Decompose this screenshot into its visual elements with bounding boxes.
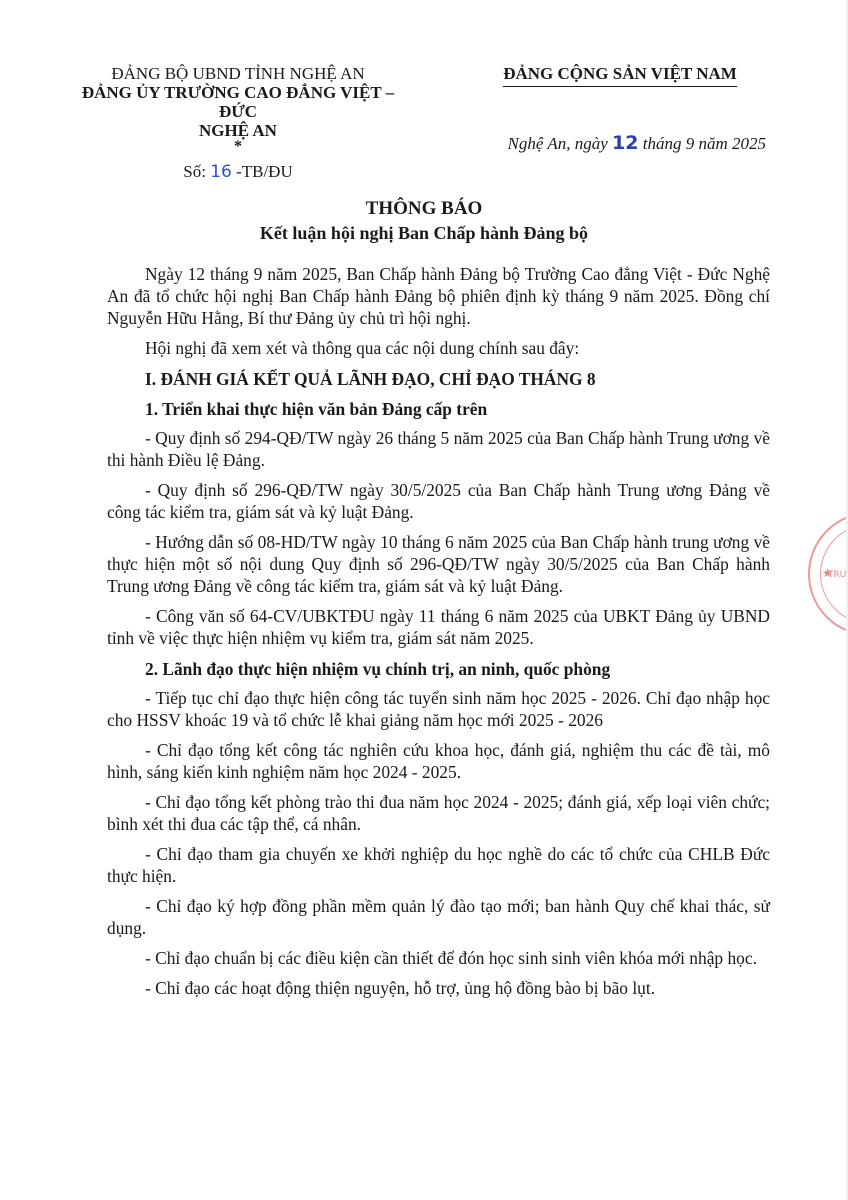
list-item: - Hướng dẫn số 08-HD/TW ngày 10 tháng 6 …: [107, 531, 770, 597]
list-item: - Quy định số 296-QĐ/TW ngày 30/5/2025 c…: [107, 479, 770, 523]
intro-paragraph: Ngày 12 tháng 9 năm 2025, Ban Chấp hành …: [107, 263, 770, 329]
document-title-block: THÔNG BÁO Kết luận hội nghị Ban Chấp hàn…: [68, 197, 780, 245]
seal-text: TRƯ: [828, 570, 847, 580]
subsection-heading: 1. Triển khai thực hiện văn bản Đảng cấp…: [107, 397, 770, 421]
document-page: ĐẢNG BỘ UBND TỈNH NGHỆ AN ĐẢNG ỦY TRƯỜNG…: [0, 0, 848, 1200]
document-body: Ngày 12 tháng 9 năm 2025, Ban Chấp hành …: [107, 263, 770, 1007]
handwritten-document-number: 16: [210, 162, 232, 182]
list-item: - Chỉ đạo các hoạt động thiện nguyện, hỗ…: [107, 977, 770, 999]
list-item: - Tiếp tục chỉ đạo thực hiện công tác tu…: [107, 687, 770, 731]
list-item: - Chỉ đạo tổng kết công tác nghiên cứu k…: [107, 739, 770, 783]
official-seal: ★ TRƯ: [808, 512, 848, 636]
date-prefix: Nghệ An, ngày: [508, 134, 613, 153]
subsection-heading: 2. Lãnh đạo thực hiện nhiệm vụ chính trị…: [107, 657, 770, 681]
issuing-authority-block: ĐẢNG BỘ UBND TỈNH NGHỆ AN ĐẢNG ỦY TRƯỜNG…: [68, 64, 408, 182]
document-number-suffix: -TB/ĐU: [232, 162, 293, 181]
intro-paragraph-2: Hội nghị đã xem xét và thông qua các nội…: [107, 337, 770, 359]
list-item: - Quy định số 294-QĐ/TW ngày 26 tháng 5 …: [107, 427, 770, 471]
party-name: ĐẢNG CỘNG SẢN VIỆT NAM: [503, 64, 737, 87]
national-header-block: ĐẢNG CỘNG SẢN VIỆT NAM Nghệ An, ngày 12 …: [470, 64, 770, 154]
document-number-prefix: Số:: [183, 162, 210, 181]
list-item: - Công văn số 64-CV/UBKTĐU ngày 11 tháng…: [107, 605, 770, 649]
list-item: - Chỉ đạo ký hợp đồng phần mềm quản lý đ…: [107, 895, 770, 939]
list-item: - Chỉ đạo chuẩn bị các điều kiện cần thi…: [107, 947, 770, 969]
document-type: THÔNG BÁO: [68, 197, 780, 221]
list-item: - Chỉ đạo tham gia chuyến xe khởi nghiệp…: [107, 843, 770, 887]
document-number: Số: 16 -TB/ĐU: [68, 162, 408, 182]
issue-date: Nghệ An, ngày 12 tháng 9 năm 2025: [470, 132, 770, 154]
date-suffix: tháng 9 năm 2025: [639, 134, 767, 153]
list-item: - Chỉ đạo tổng kết phòng trào thi đua nă…: [107, 791, 770, 835]
parent-party-committee: ĐẢNG BỘ UBND TỈNH NGHỆ AN: [68, 64, 408, 83]
star-icon: *: [68, 142, 408, 152]
handwritten-day: 12: [612, 132, 638, 154]
section-heading: I. ĐÁNH GIÁ KẾT QUẢ LÃNH ĐẠO, CHỈ ĐẠO TH…: [107, 367, 770, 391]
issuing-party-committee: ĐẢNG ỦY TRƯỜNG CAO ĐẲNG VIỆT – ĐỨC: [68, 83, 408, 121]
document-subject: Kết luận hội nghị Ban Chấp hành Đảng bộ: [68, 221, 780, 245]
